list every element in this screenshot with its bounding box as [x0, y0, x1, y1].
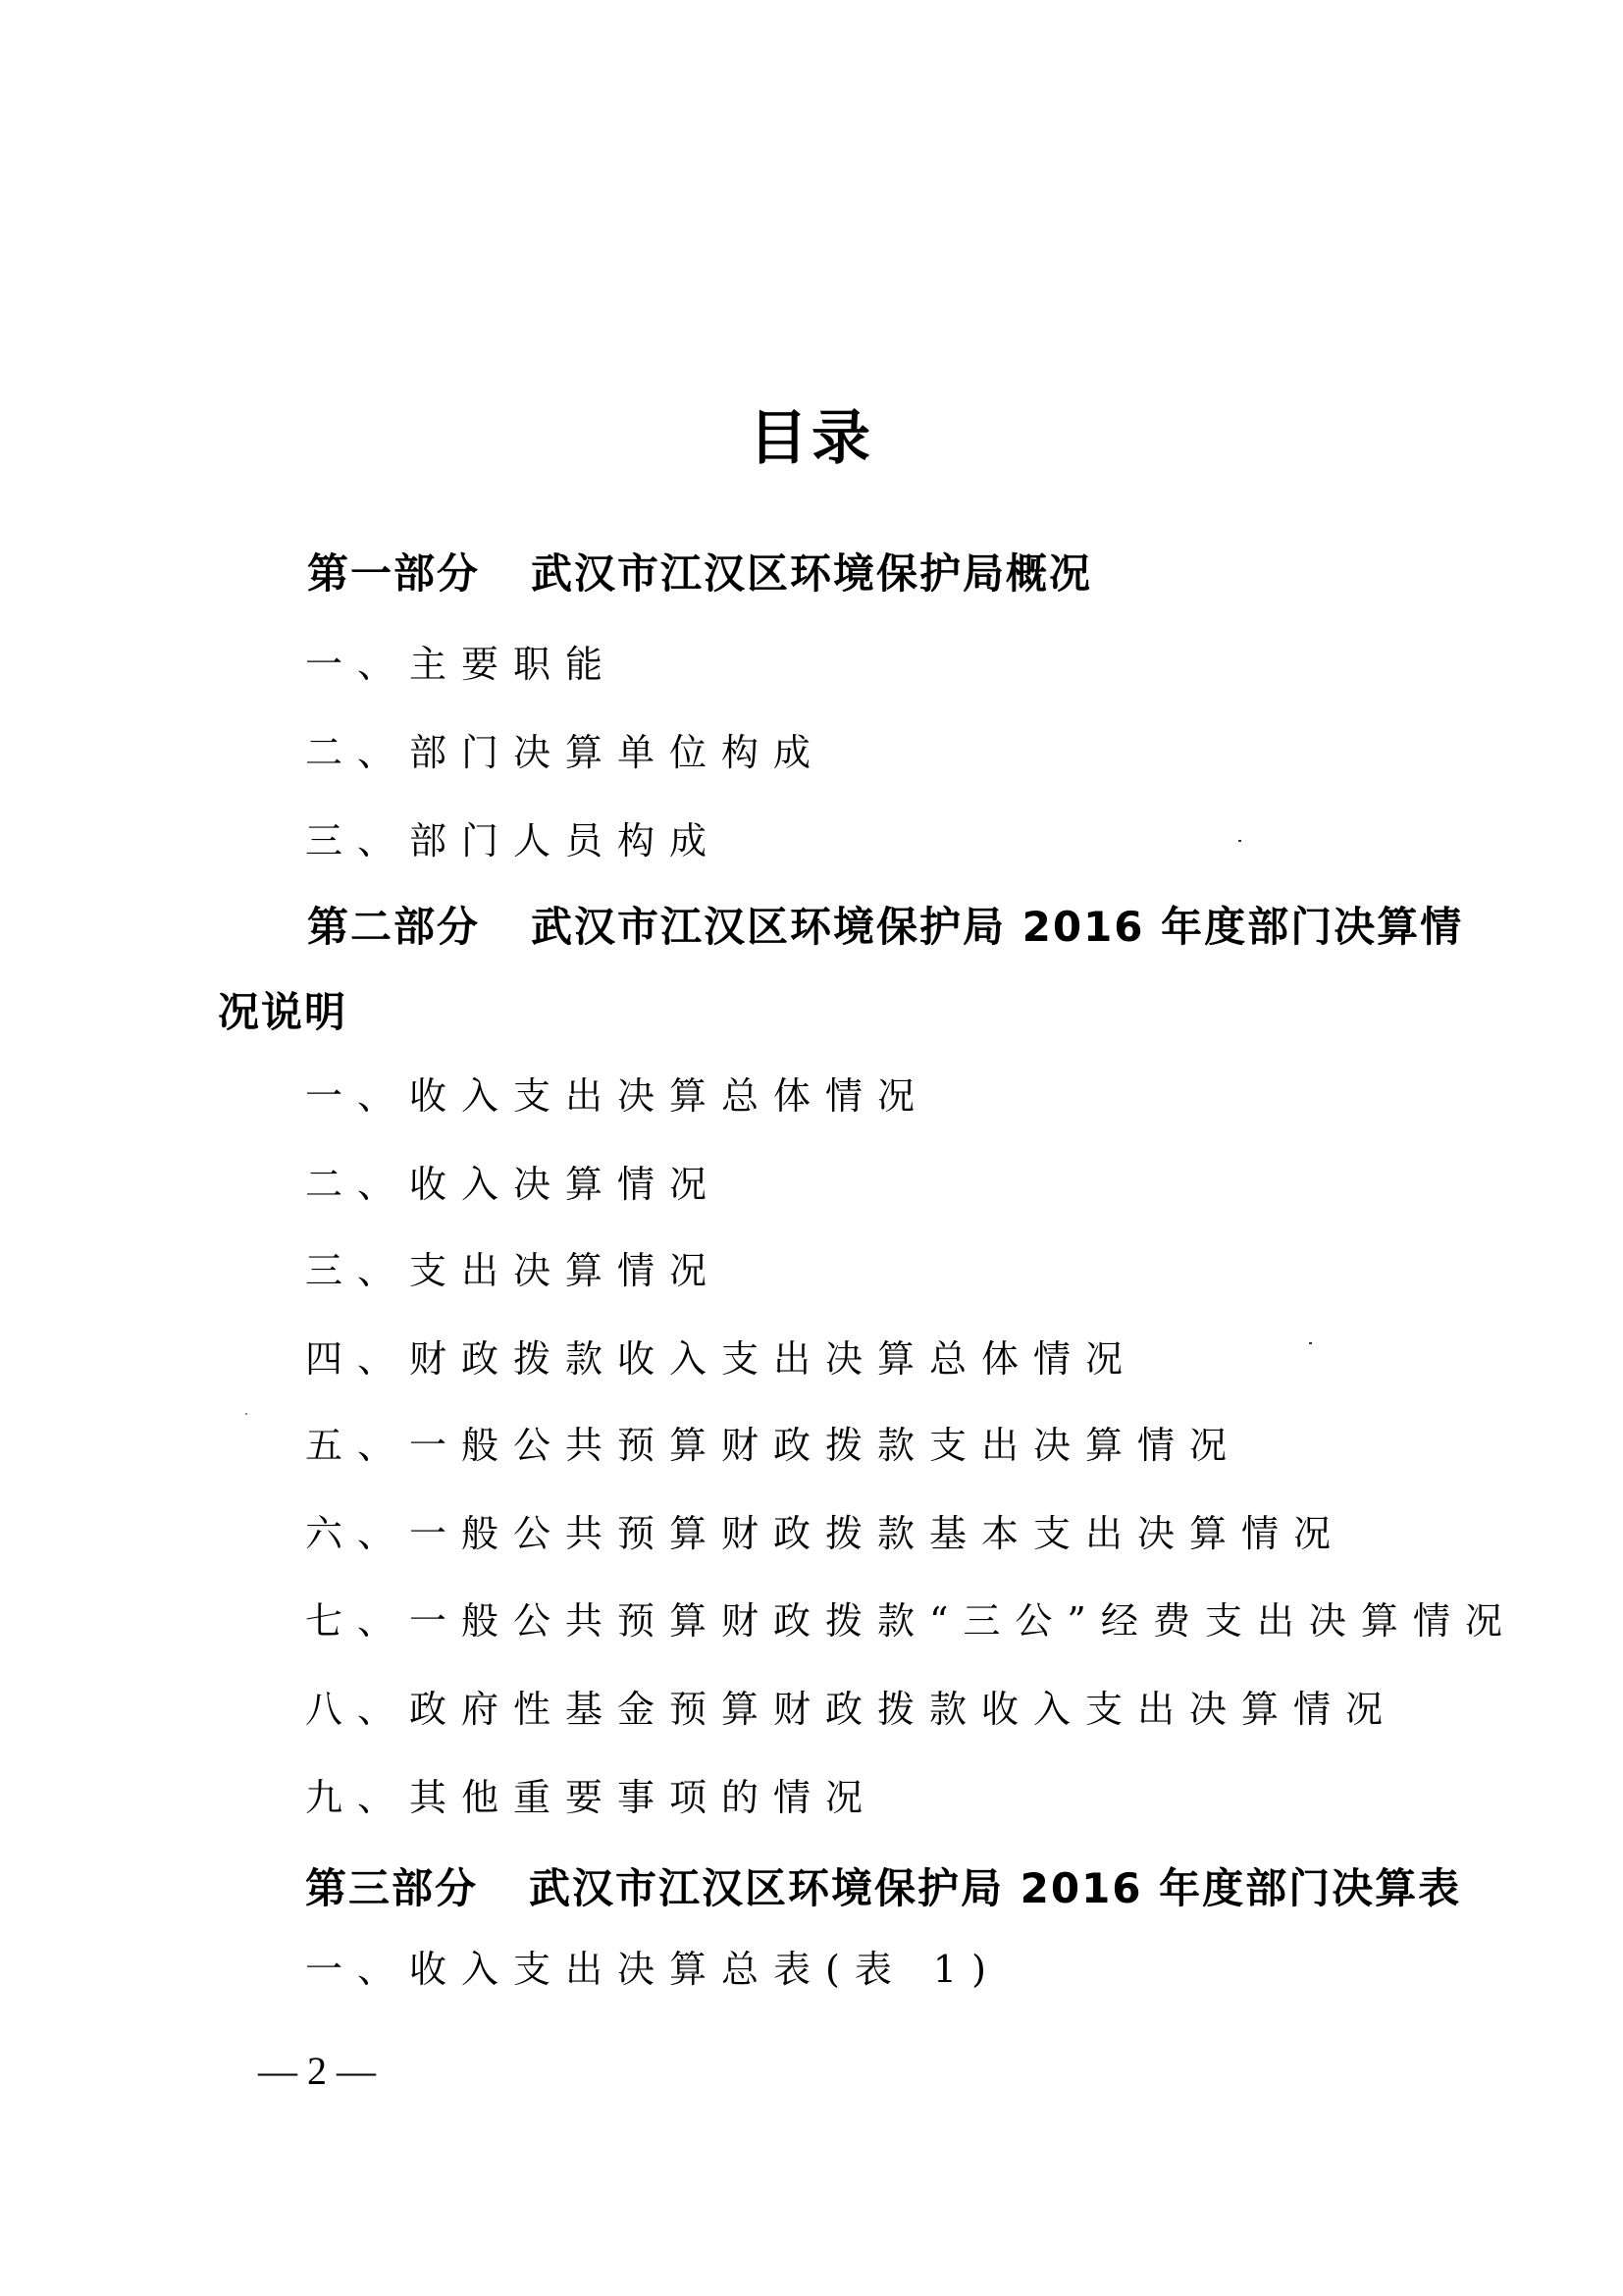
toc-item: 二、收入决算情况 [305, 1160, 721, 1209]
toc-item: 一、收入支出决算总体情况 [305, 1071, 929, 1121]
document-page: 目录 第一部分武汉市江汉区环境保护局概况 一、主要职能 二、部门决算单位构成 三… [0, 0, 1623, 2296]
part-2-heading-continued: 况说明 [218, 988, 347, 1037]
toc-item: 二、部门决算单位构成 [305, 728, 825, 777]
scan-speck [1238, 840, 1241, 842]
toc-item: 七、一般公共预算财政拨款“三公”经费支出决算情况 [305, 1596, 1517, 1645]
part-1-heading: 第一部分武汉市江汉区环境保护局概况 [307, 549, 1092, 599]
part-3-label: 第三部分 [305, 1864, 478, 1912]
toc-item: 一、主要职能 [305, 640, 617, 689]
scan-speck [1309, 1342, 1312, 1344]
part-2-title: 武汉市江汉区环境保护局 2016 年度部门决算情 [531, 903, 1463, 951]
part-3-title: 武汉市江汉区环境保护局 2016 年度部门决算表 [529, 1864, 1461, 1912]
toc-item: 四、财政拨款收入支出决算总体情况 [305, 1334, 1137, 1383]
toc-item: 九、其他重要事项的情况 [305, 1773, 877, 1822]
part-2-label: 第二部分 [307, 903, 480, 951]
toc-item: 一、收入支出决算总表(表 1) [305, 1945, 1001, 1994]
toc-item: 六、一般公共预算财政拨款基本支出决算情况 [305, 1509, 1345, 1558]
toc-item: 三、部门人员构成 [305, 816, 721, 865]
part-1-label: 第一部分 [307, 549, 480, 598]
toc-item: 八、政府性基金预算财政拨款收入支出决算情况 [305, 1685, 1397, 1734]
toc-item: 三、支出决算情况 [305, 1246, 721, 1295]
part-1-title: 武汉市江汉区环境保护局概况 [531, 549, 1092, 598]
page-number: — 2 — [258, 2049, 376, 2094]
part-2-heading: 第二部分武汉市江汉区环境保护局 2016 年度部门决算情 [307, 903, 1463, 952]
toc-title: 目录 [0, 404, 1623, 473]
part-3-heading: 第三部分武汉市江汉区环境保护局 2016 年度部门决算表 [305, 1864, 1461, 1913]
scan-speck [245, 1413, 247, 1415]
toc-item: 五、一般公共预算财政拨款支出决算情况 [305, 1421, 1241, 1470]
